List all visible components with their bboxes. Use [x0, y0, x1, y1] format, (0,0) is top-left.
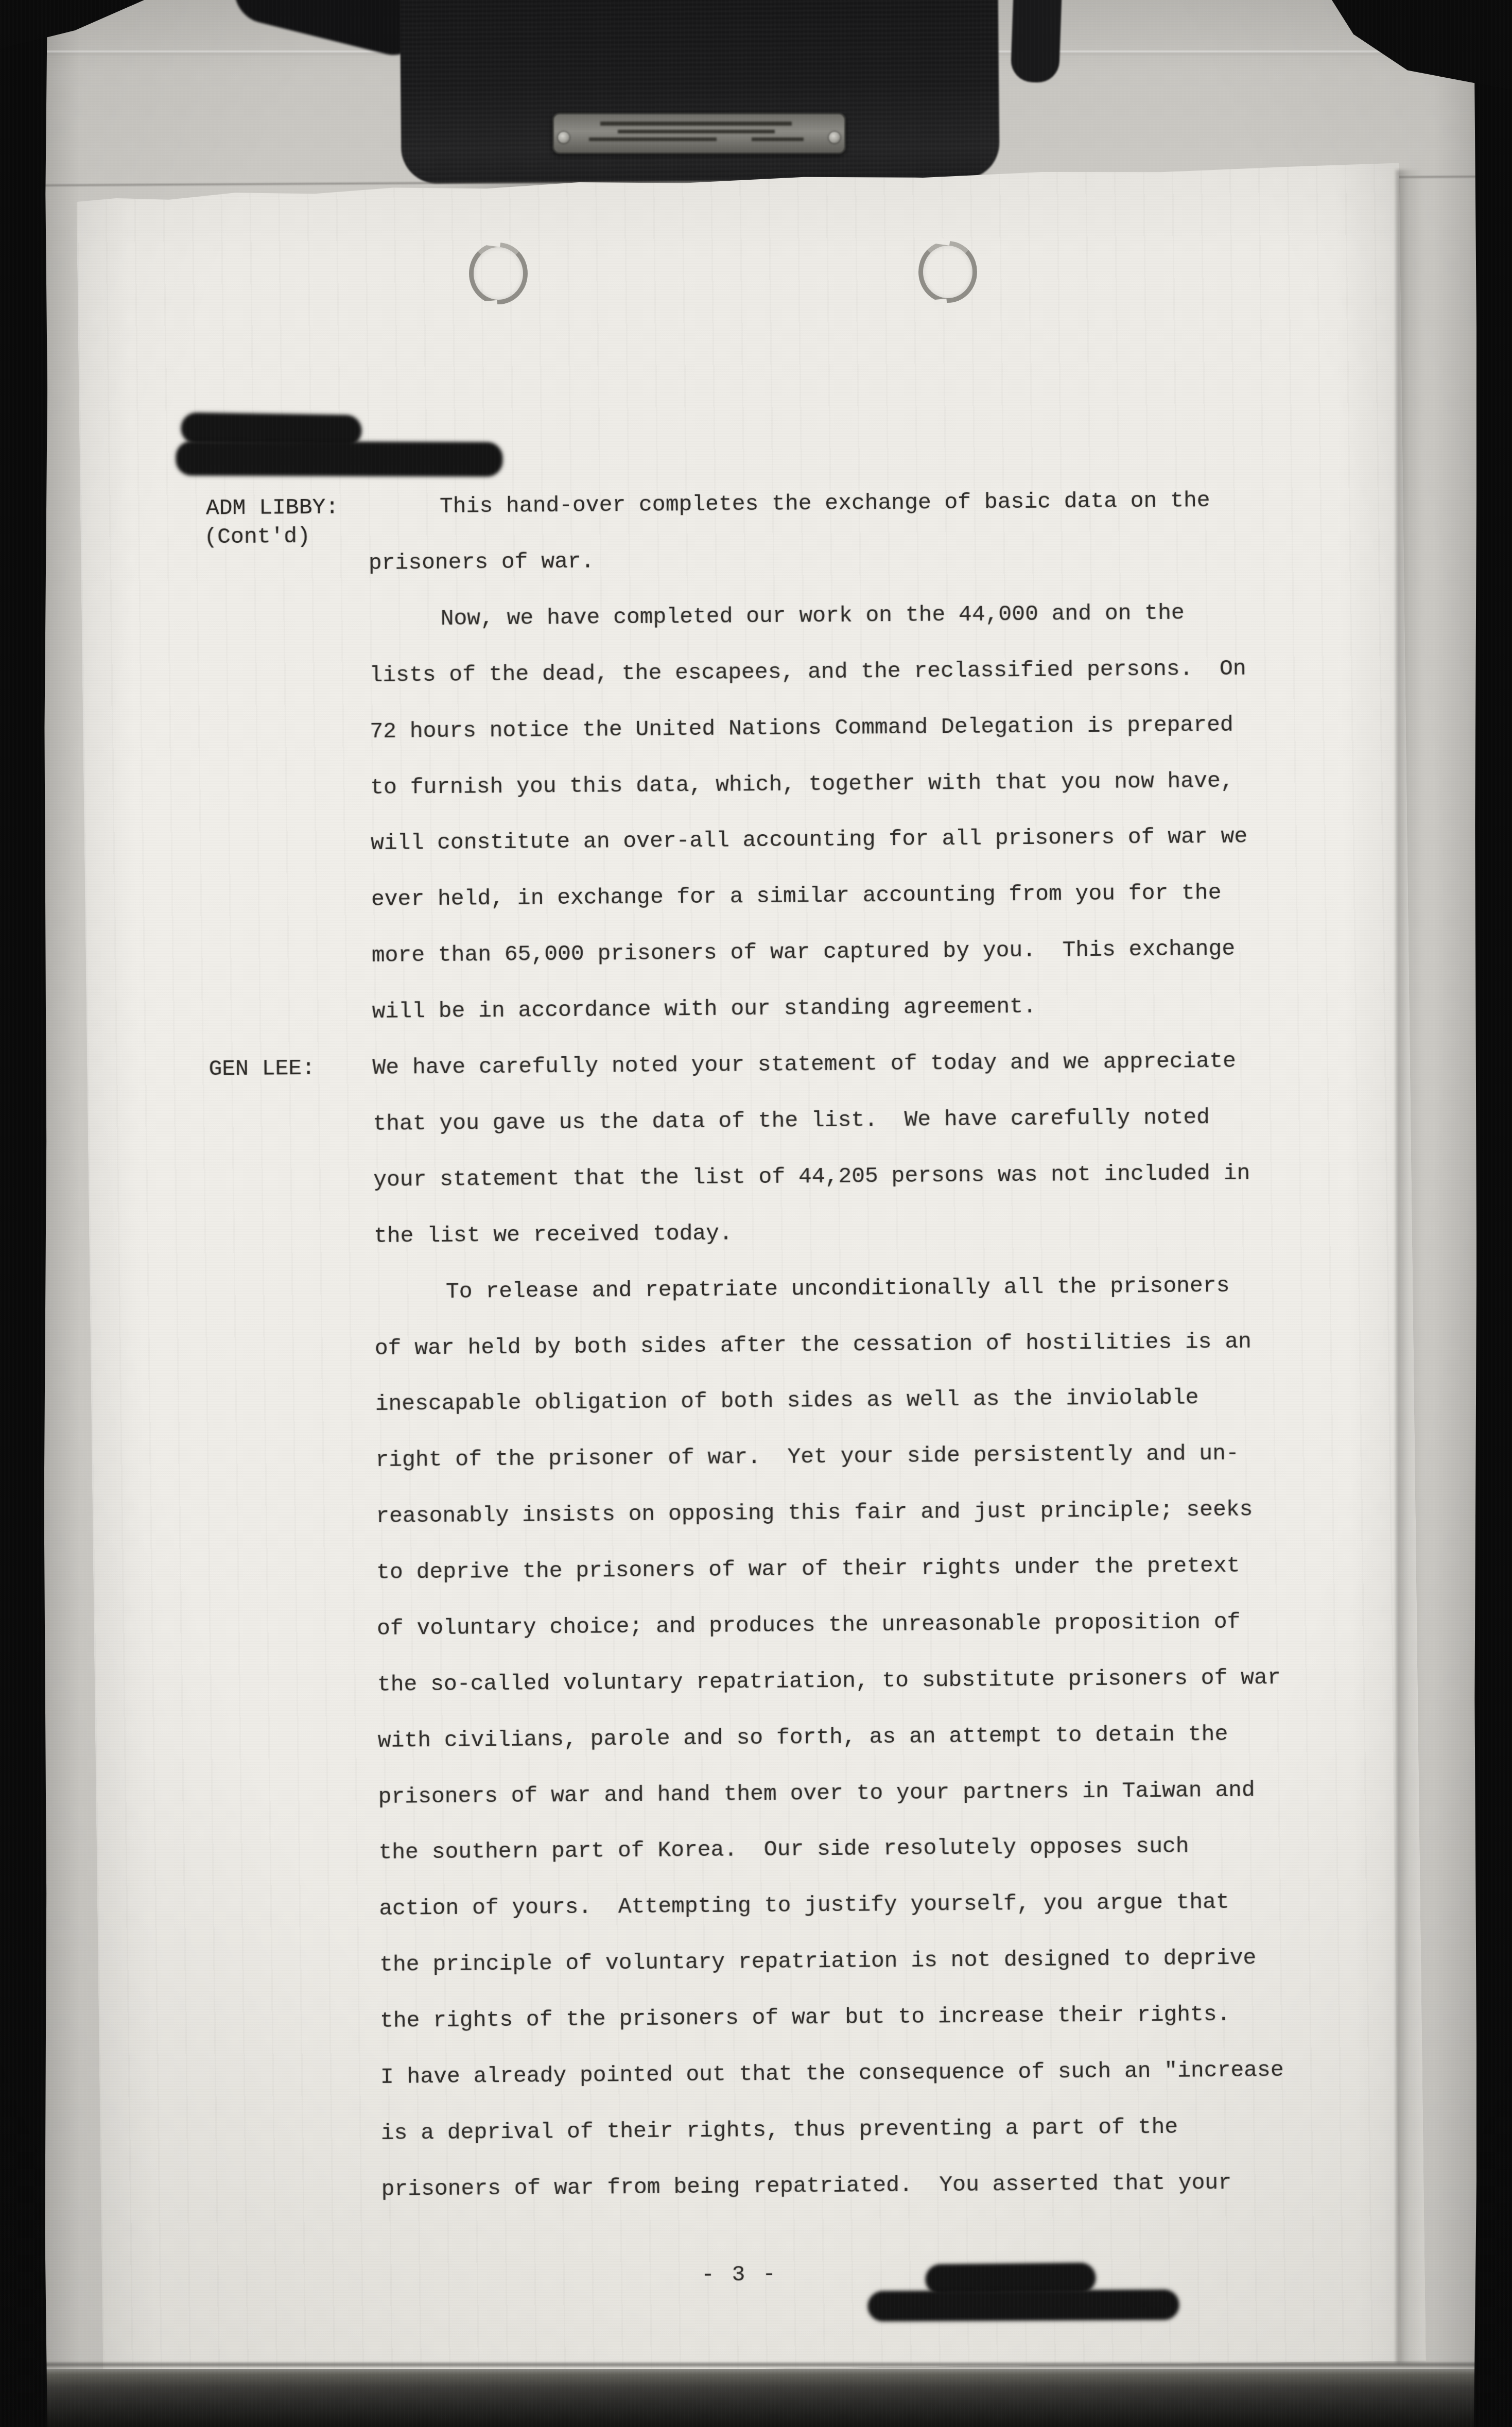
speaker-label: (Cont'd) — [204, 524, 310, 550]
typed-line: is a deprival of their rights, thus prev… — [381, 2114, 1178, 2146]
typed-line: right of the prisoner of war. Yet your s… — [375, 1441, 1239, 1473]
typed-line: reasonably insists on opposing this fair… — [376, 1497, 1253, 1529]
speaker-label: ADM LIBBY: — [206, 494, 339, 521]
typed-line: prisoners of war and hand them over to y… — [378, 1778, 1255, 1810]
typed-line: that you gave us the data of the list. W… — [373, 1105, 1210, 1137]
typed-line: To release and repatriate unconditionall… — [446, 1273, 1230, 1305]
typed-line: the list we received today. — [374, 1220, 733, 1249]
typed-line: of voluntary choice; and produces the un… — [377, 1609, 1241, 1642]
typed-line: to deprive the prisoners of war of their… — [376, 1553, 1240, 1586]
typed-line: the rights of the prisoners of war but t… — [380, 2002, 1230, 2034]
microfilm-scan: ADM LIBBY:(Cont'd)This hand-over complet… — [0, 0, 1512, 2427]
typed-line: will constitute an over-all accounting f… — [371, 824, 1247, 856]
typed-line: of war held by both sides after the cess… — [375, 1329, 1252, 1362]
typed-line: inescapable obligation of both sides as … — [375, 1385, 1199, 1417]
typed-line: will be in accordance with our standing … — [372, 994, 1037, 1025]
typed-line: This hand-over completes the exchange of… — [440, 488, 1210, 520]
typed-line: Now, we have completed our work on the 4… — [441, 600, 1185, 632]
page-bottom-edge — [0, 2363, 1512, 2367]
typed-line: the so-called voluntary repatriation, to… — [377, 1665, 1281, 1698]
typed-line: prisoners of war. — [369, 549, 595, 576]
redaction-mark — [868, 2290, 1179, 2321]
typed-line: your statement that the list of 44,205 p… — [373, 1161, 1250, 1193]
typed-line: 72 hours notice the United Nations Comma… — [370, 712, 1233, 745]
redaction-mark — [176, 441, 502, 476]
typed-line: prisoners of war from being repatriated.… — [381, 2170, 1231, 2202]
typed-line: action of yours. Attempting to justify y… — [379, 1889, 1229, 1922]
redaction-mark — [926, 2263, 1096, 2294]
speaker-label: GEN LEE: — [208, 1056, 315, 1082]
typed-line: the principle of voluntary repatriation … — [379, 1946, 1256, 1978]
typed-line: ever held, in exchange for a similar acc… — [371, 880, 1222, 913]
film-edge-left — [0, 0, 47, 2427]
typed-line: more than 65,000 prisoners of war captur… — [372, 936, 1236, 969]
typed-line: to furnish you this data, which, togethe… — [370, 768, 1234, 801]
page-number: - 3 - — [701, 2262, 778, 2288]
film-exposure-band — [0, 2369, 1512, 2427]
typed-line: with civilians, parole and so forth, as … — [378, 1722, 1228, 1754]
typed-text-layer: ADM LIBBY:(Cont'd)This hand-over complet… — [0, 0, 1512, 2427]
typed-line: lists of the dead, the escapees, and the… — [369, 656, 1246, 688]
typed-line: I have already pointed out that the cons… — [380, 2057, 1284, 2090]
typed-line: the southern part of Korea. Our side res… — [378, 1834, 1189, 1866]
typed-line: We have carefully noted your statement o… — [372, 1048, 1236, 1081]
film-edge-right — [1474, 0, 1512, 2427]
